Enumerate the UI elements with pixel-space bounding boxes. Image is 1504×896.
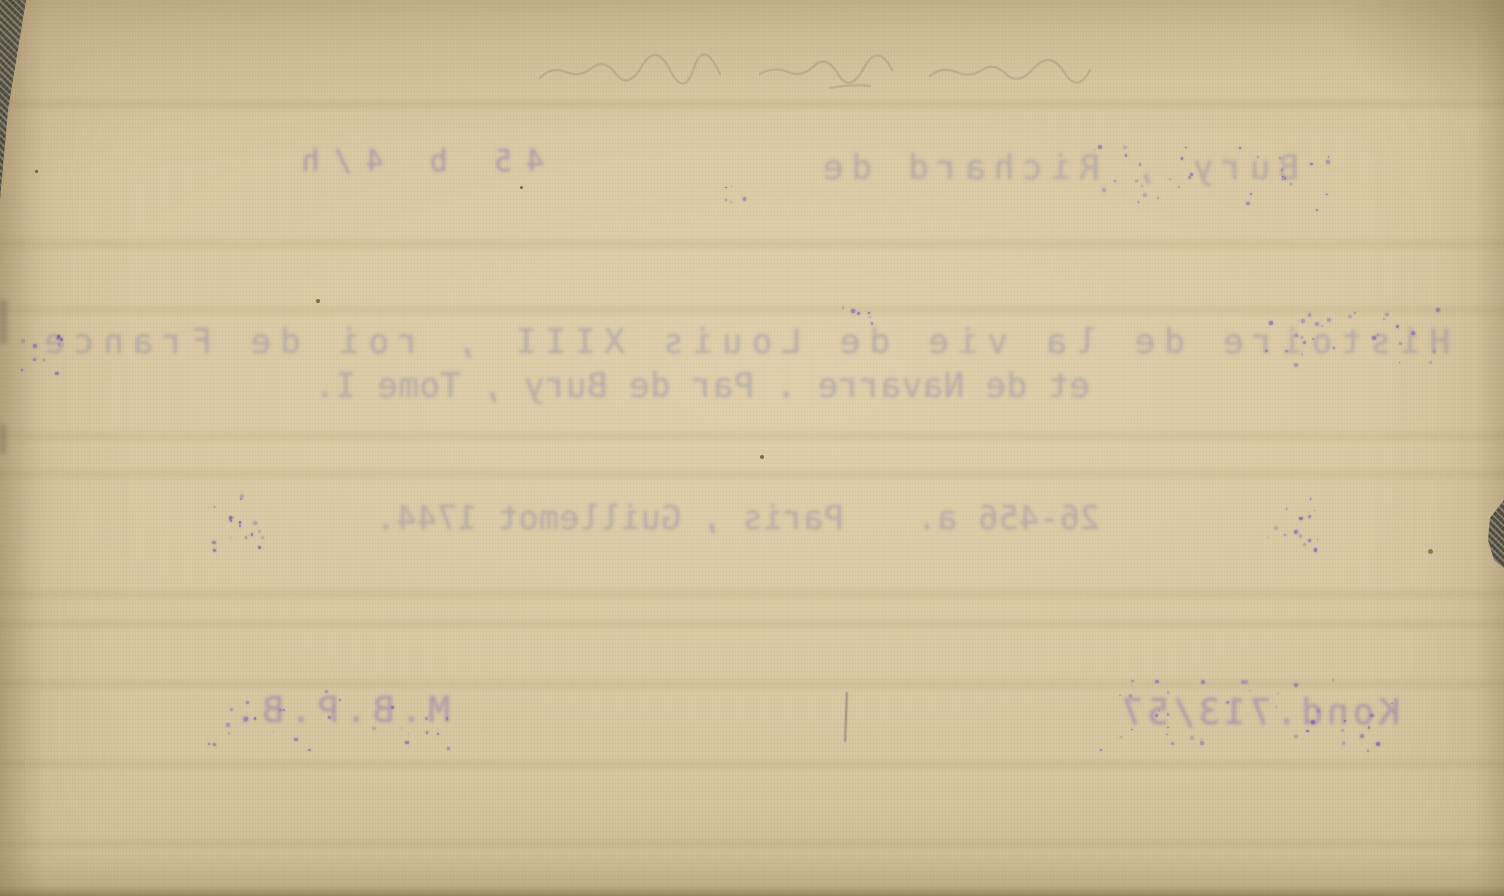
pencil-annotation (530, 44, 1130, 100)
card-paper (0, 0, 1504, 896)
